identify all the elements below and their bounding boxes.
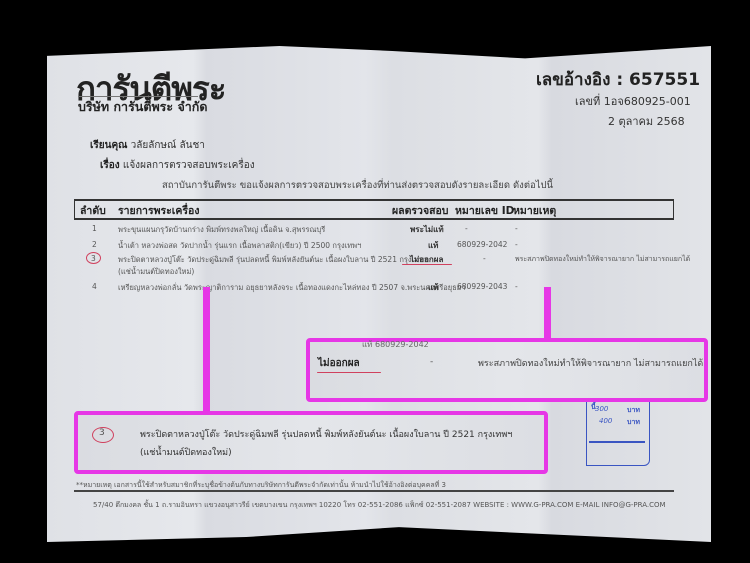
row-2-note: - <box>515 240 518 249</box>
connector-result <box>544 287 551 342</box>
col-note: หมายเหตุ <box>513 202 556 219</box>
recipient-label: เรียนคุณ <box>90 140 127 151</box>
row-3-item-line2: (แช่น้ำมนต์ปิดทองใหม่) <box>118 266 194 278</box>
col-id: หมายเลข ID <box>455 202 514 219</box>
result-callout: แท้ 680929-2042 ไม่ออกผล - พระสภาพปิดทอง… <box>306 338 708 402</box>
callout-result: ไม่ออกผล <box>318 356 360 371</box>
row-2-item: น้ำเต้า หลวงพ่อสด วัดปากน้ำ รุ่นแรก เนื้… <box>118 240 361 252</box>
col-no: ลำดับ <box>80 202 106 219</box>
subject: เรื่อง แจ้งผลการตรวจสอบพระเครื่อง <box>100 158 255 173</box>
callout-id: - <box>430 357 433 367</box>
document-date: 2 ตุลาคม 2568 <box>608 112 685 130</box>
callout-partial-row: แท้ 680929-2042 <box>362 338 429 351</box>
row-3-note: พระสภาพปิดทองใหม่ทำให้พิจารณายาก ไม่สามา… <box>515 254 690 265</box>
callout-red-underline <box>317 372 381 373</box>
stamp-line1: 300 <box>595 405 608 413</box>
row-1-result: พระไม่แท้ <box>410 223 444 236</box>
document-number: เลขที่ 1อจ680925-001 <box>575 92 691 110</box>
row-4-id: 680929-2043 <box>457 282 507 291</box>
row-1-note: - <box>515 224 518 233</box>
callout-item-line1: พระปิดตาหลวงปู่โต๊ะ วัดประดู่ฉิมพลี รุ่น… <box>140 427 512 441</box>
stamp-line2: 400 <box>599 417 612 425</box>
company-name: บริษัท การันตีพระ จำกัด <box>78 97 208 117</box>
recipient: เรียนคุณ วลัยลักษณ์ ลันชา <box>90 138 205 153</box>
row-4-result: แท้ <box>428 281 438 294</box>
col-result: ผลตรวจสอบ <box>392 202 448 219</box>
stamp-unit2: บาท <box>627 417 640 428</box>
stamp-unit1: บาท <box>627 405 640 416</box>
row-2-result: แท้ <box>428 239 438 252</box>
recipient-name: วลัยลักษณ์ ลันชา <box>131 140 205 151</box>
row-2-id: 680929-2042 <box>457 240 507 249</box>
footer-divider <box>74 490 674 492</box>
subject-label: เรื่อง <box>100 160 120 171</box>
row-2-no: 2 <box>92 240 97 249</box>
row-1-no: 1 <box>92 224 97 233</box>
reference-number: เลขอ้างอิง : 657551 <box>536 66 700 93</box>
row-4-no: 4 <box>92 282 97 291</box>
footer-address: 57/40 ตึกมงคล ชั้น 1 ถ.รามอินทรา แขวงอนุ… <box>93 500 666 511</box>
row-3-id: - <box>483 254 486 263</box>
col-item: รายการพระเครื่อง <box>118 202 199 219</box>
intro-text: สถาบันการันตีพระ ขอแจ้งผลการตรวจสอบพระเค… <box>162 178 553 193</box>
row-4-item: เหรียญหลวงพ่อกลั่น วัดพระญาติการาม อยุธย… <box>118 282 465 294</box>
row-1-item: พระขุนแผนกรุวัดบ้านกร่าง พิมพ์ทรงพลใหญ่ … <box>118 224 325 236</box>
callout-item-line2: (แช่น้ำมนต์ปิดทองใหม่) <box>140 445 232 459</box>
connector-item <box>203 287 210 415</box>
row-4-note: - <box>515 282 518 291</box>
row-3-item: พระปิดตาหลวงปู่โต๊ะ วัดประดู่ฉิมพลี รุ่น… <box>118 254 428 266</box>
item-callout: 3 พระปิดตาหลวงปู่โต๊ะ วัดประดู่ฉิมพลี รุ… <box>74 411 548 474</box>
callout-note: พระสภาพปิดทองใหม่ทำให้พิจารณายาก ไม่สามา… <box>478 356 703 370</box>
row-3-no: 3 <box>91 254 96 263</box>
subject-text: แจ้งผลการตรวจสอบพระเครื่อง <box>123 160 255 171</box>
stamp-line <box>589 441 645 443</box>
callout-item-no: 3 <box>99 428 105 438</box>
row-1-id: - <box>465 224 468 233</box>
